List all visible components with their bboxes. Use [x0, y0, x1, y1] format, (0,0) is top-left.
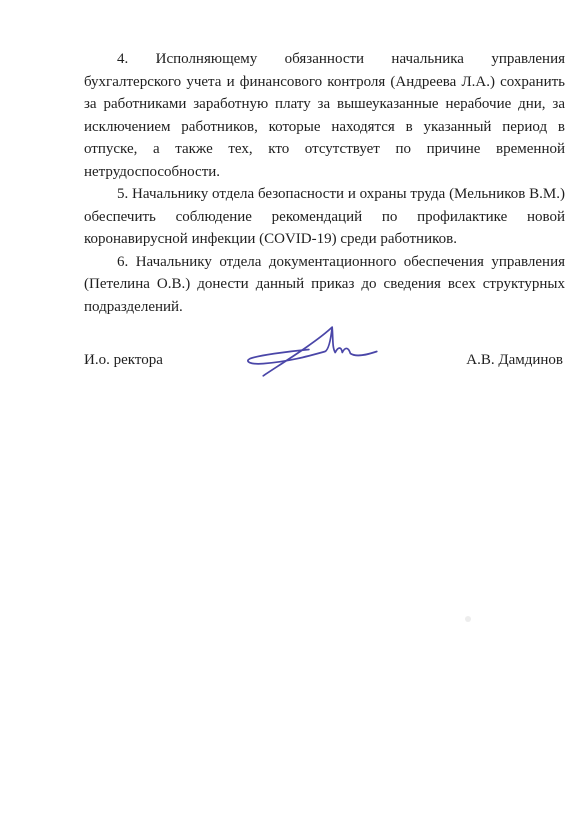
signature-ink: [244, 323, 396, 380]
signature-block: И.о. ректора А.В. Дамдинов: [84, 349, 565, 371]
signatory-name: А.В. Дамдинов: [466, 349, 563, 371]
scan-artifact-dot: [465, 616, 471, 622]
signatory-position-label: И.о. ректора: [84, 349, 163, 371]
signature-stroke-main: [248, 327, 377, 364]
order-paragraph-4: 4. Исполняющему обязанности начальника у…: [84, 48, 565, 183]
signature-stroke-diagonal: [263, 327, 332, 376]
order-paragraph-5: 5. Начальнику отдела безопасности и охра…: [84, 183, 565, 251]
document-page: 4. Исполняющему обязанности начальника у…: [0, 0, 587, 833]
order-paragraph-6: 6. Начальнику отдела документационного о…: [84, 251, 565, 319]
